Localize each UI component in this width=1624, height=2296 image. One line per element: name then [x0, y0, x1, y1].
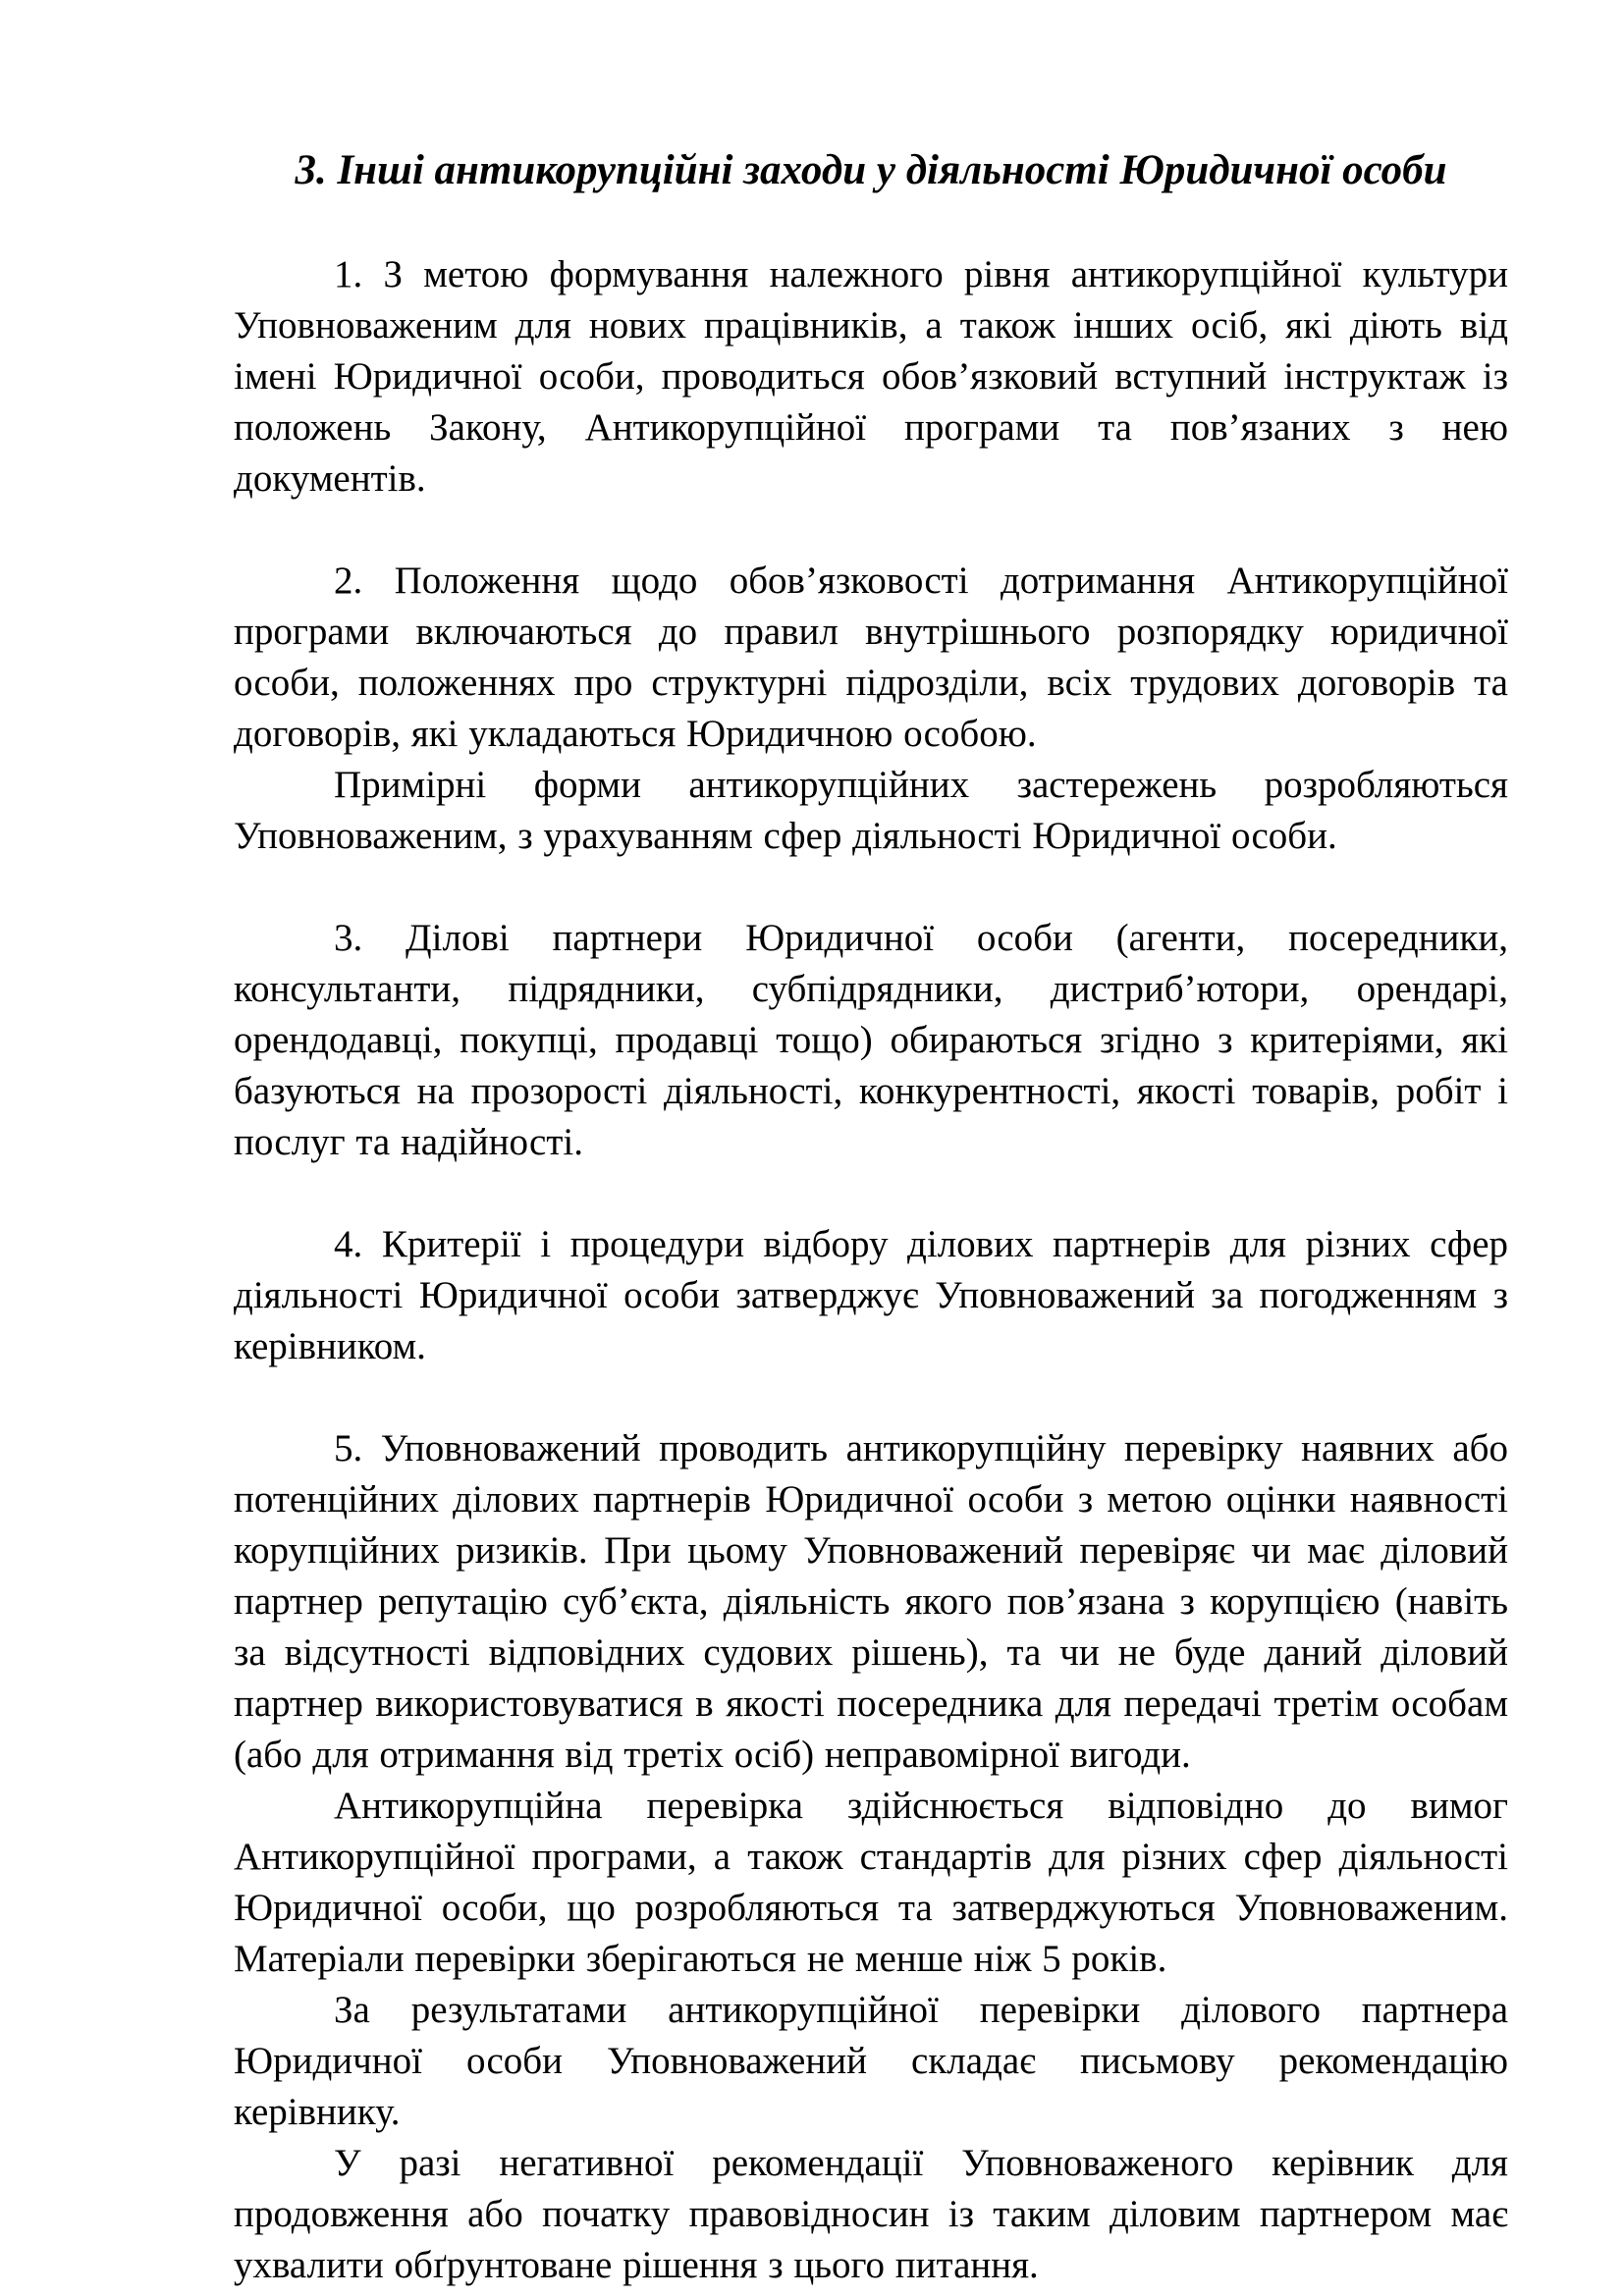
paragraph-5a-vymohy-perevirky: Антикорупційна перевірка здійснюється ві…	[234, 1781, 1508, 1985]
paragraph-5c-nehatyvna-rekomendatsiia: У разі негативної рекомендації Уповноваж…	[234, 2138, 1508, 2291]
document-page: 3. Інші антикорупційні заходи у діяльнос…	[0, 0, 1624, 2296]
document-title: 3. Інші антикорупційні заходи у діяльнос…	[234, 143, 1508, 198]
paragraph-2a-prymirni-formy: Примірні форми антикорупційних застереже…	[234, 760, 1508, 862]
paragraph-3-dilovi-partnery: 3. Ділові партнери Юридичної особи (аген…	[234, 913, 1508, 1168]
paragraph-1-vstupnyi-instruktazh: 1. З метою формування належного рівня ан…	[234, 249, 1508, 505]
paragraph-5b-rezultaty-perevirky: За результатами антикорупційної перевірк…	[234, 1985, 1508, 2138]
paragraph-4-kryterii-vidboru: 4. Критерії і процедури відбору ділових …	[234, 1219, 1508, 1372]
paragraph-5-antykoruptsiina-perevirka: 5. Уповноважений проводить антикорупційн…	[234, 1423, 1508, 1781]
paragraph-2-polozhennia-prohramy: 2. Положення щодо обов’язковості дотрима…	[234, 556, 1508, 760]
